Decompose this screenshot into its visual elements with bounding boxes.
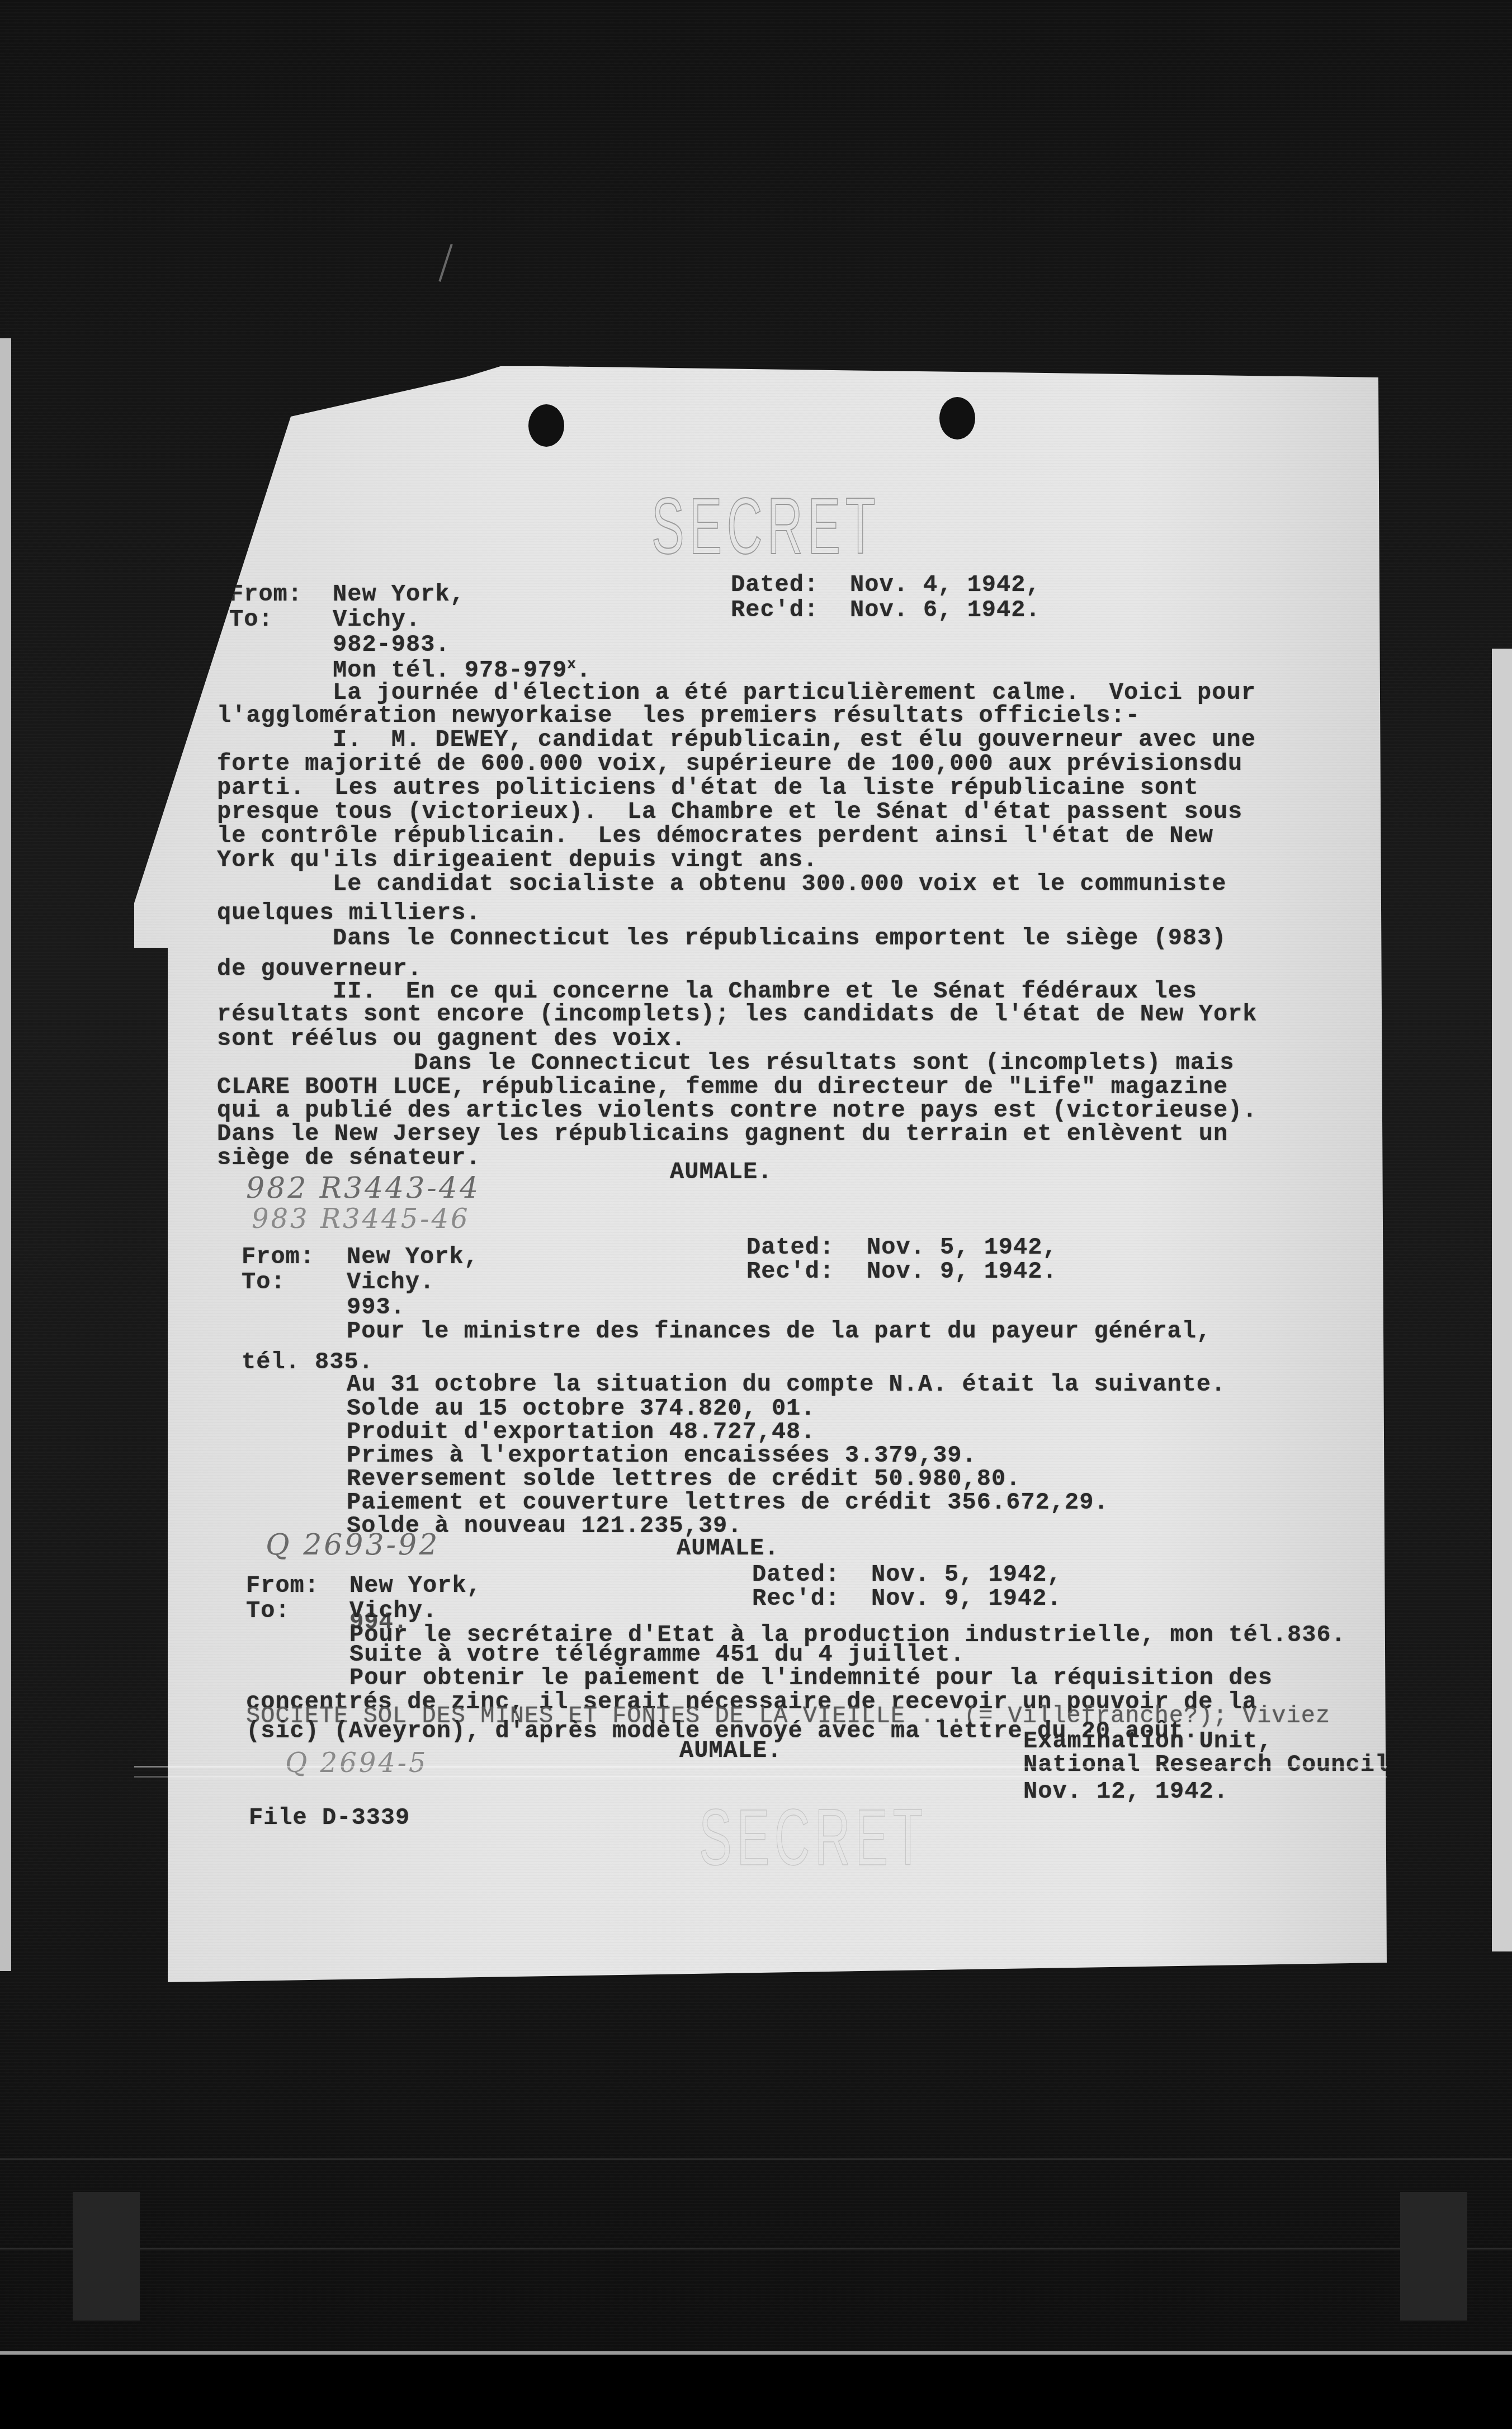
- handwritten-note: Q 2693-92: [266, 1528, 440, 1562]
- film-divider: [0, 2158, 1512, 2160]
- dated-value: Nov. 4, 1942,: [850, 573, 1041, 597]
- recd-label: Rec'd:: [731, 598, 819, 622]
- body-line: La journée d'élection a été particulière…: [333, 681, 1256, 705]
- film-divider: [0, 2248, 1512, 2250]
- body-line: Au 31 octobre la situation du compte N.A…: [347, 1373, 1226, 1396]
- body-line: de gouverneur.: [217, 957, 422, 981]
- body-line: le contrôle républicain. Les démocrates …: [217, 824, 1213, 848]
- body-line: siège de sénateur.: [217, 1146, 481, 1170]
- document-page: SECRET From: New York, To: Vichy. Dated:…: [134, 366, 1387, 1982]
- report-date: Nov. 12, 1942.: [1023, 1780, 1228, 1803]
- body-line: Primes à l'exportation encaissées 3.379,…: [347, 1444, 977, 1467]
- recd-value: Nov. 6, 1942.: [850, 598, 1041, 622]
- secret-stamp: SECRET: [651, 481, 880, 573]
- from-value: New York,: [333, 583, 465, 606]
- body-line: Solde au 15 octobre 374.820, 01.: [347, 1397, 816, 1420]
- body-line: presque tous (victorieux). La Chambre et…: [217, 800, 1242, 824]
- from-label: From:: [242, 1245, 315, 1269]
- body-line: sont réélus ou gagnent des voix.: [217, 1027, 686, 1051]
- recd-label: Rec'd:: [746, 1260, 834, 1283]
- dated-value: Nov. 5, 1942,: [871, 1563, 1062, 1586]
- body-line: Le candidat socialiste a obtenu 300.000 …: [333, 872, 1226, 896]
- body-line: l'agglomération newyorkaise les premiers…: [217, 704, 1140, 727]
- body-line: Pour le ministre des finances de la part…: [347, 1320, 1211, 1343]
- body-line: tél. 835.: [242, 1350, 374, 1374]
- adjacent-frame-left: [0, 338, 11, 1971]
- body-line: CLARE BOOTH LUCE, républicaine, femme du…: [217, 1075, 1228, 1099]
- handwritten-note: 983 R3445-46: [252, 1203, 470, 1235]
- file-number: File D-3339: [249, 1806, 410, 1830]
- film-leader: [0, 2355, 1512, 2429]
- recd-value: Nov. 9, 1942.: [871, 1587, 1062, 1610]
- secret-stamp-bottom: SECRET: [699, 1792, 928, 1884]
- body-line: York qu'ils dirigeaient depuis vingt ans…: [217, 848, 818, 872]
- body-line: Reversement solde lettres de crédit 50.9…: [347, 1467, 1020, 1491]
- recd-label: Rec'd:: [752, 1587, 840, 1610]
- body-line: résultats sont encore (incomplets); les …: [217, 1003, 1258, 1026]
- body-line: II. En ce qui concerne la Chambre et le …: [333, 980, 1197, 1003]
- to-value: Vichy.: [347, 1270, 434, 1294]
- dated-label: Dated:: [752, 1563, 840, 1586]
- adjacent-frame-right: [1492, 649, 1512, 1951]
- telegram-number: 982-983.: [333, 633, 450, 656]
- body-line: I. M. DEWEY, candidat républicain, est é…: [333, 728, 1256, 752]
- body-line: Paiement et couverture lettres de crédit…: [347, 1491, 1109, 1514]
- body-line: Pour obtenir le paiement de l'indemnité …: [349, 1666, 1273, 1690]
- body-line: qui a publié des articles violents contr…: [217, 1099, 1258, 1122]
- dated-label: Dated:: [746, 1236, 834, 1259]
- body-line: parti. Les autres politiciens d'état de …: [217, 776, 1199, 800]
- body-line: Dans le Connecticut les républicains emp…: [333, 927, 1226, 950]
- to-label: To:: [246, 1599, 290, 1623]
- signature: AUMALE.: [670, 1160, 772, 1184]
- research-council: National Research Council,: [1023, 1753, 1404, 1776]
- examination-unit: Examination Unit,: [1023, 1729, 1272, 1753]
- telegram-number: 993.: [347, 1296, 405, 1319]
- recd-value: Nov. 9, 1942.: [867, 1260, 1057, 1283]
- body-line: quelques milliers.: [217, 901, 481, 925]
- film-sprocket-shade: [73, 2192, 140, 2321]
- scan-artifact: [134, 1766, 1387, 1768]
- body-line: Suite à votre télégramme 451 du 4 juille…: [349, 1643, 965, 1666]
- handwritten-note: 982 R3443-44: [246, 1171, 480, 1205]
- to-value: Vichy.: [333, 608, 420, 631]
- dated-value: Nov. 5, 1942,: [867, 1236, 1057, 1259]
- from-label: From:: [229, 583, 303, 606]
- punch-hole: [939, 397, 975, 440]
- punch-hole: [528, 404, 564, 447]
- film-sprocket-shade: [1400, 2192, 1467, 2321]
- handwritten-note: Q 2694-5: [285, 1747, 428, 1779]
- signature: AUMALE.: [679, 1739, 782, 1762]
- reference-mark: x: [567, 656, 577, 673]
- dated-label: Dated:: [731, 573, 819, 597]
- from-label: From:: [246, 1574, 319, 1598]
- to-label: To:: [229, 608, 273, 631]
- from-value: New York,: [347, 1245, 479, 1269]
- scan-artifact: [134, 1776, 1387, 1778]
- to-label: To:: [242, 1270, 286, 1294]
- body-line: forte majorité de 600.000 voix, supérieu…: [217, 752, 1242, 776]
- reference: Mon tél. 978-979x.: [333, 657, 591, 682]
- signature: AUMALE.: [677, 1537, 779, 1560]
- from-value: New York,: [349, 1574, 481, 1598]
- body-line: Produit d'exportation 48.727,48.: [347, 1420, 816, 1444]
- body-line: Dans le Connecticut les résultats sont (…: [414, 1051, 1234, 1075]
- body-line: Dans le New Jersey les républicains gagn…: [217, 1122, 1228, 1146]
